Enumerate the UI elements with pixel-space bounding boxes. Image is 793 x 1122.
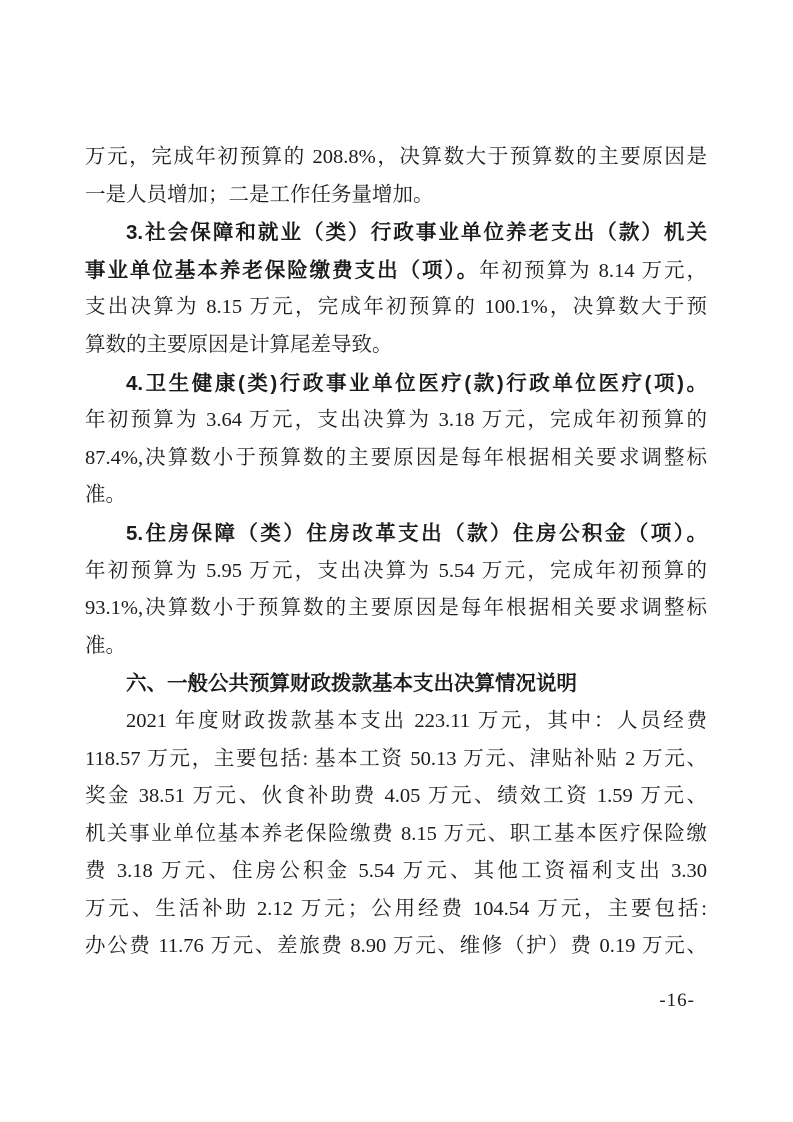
text-line: 年初预算为 5.95 万元，支出决算为 5.54 万元，完成年初预算的 [85, 553, 707, 591]
text-segment: 机关事业单位基本养老保险缴费 8.15 万元、职工基本医疗保险缴 [85, 823, 707, 845]
bold-text-segment: 3.社会保障和就业（类）行政事业单位养老支出（款）机关 [126, 221, 707, 244]
text-segment: 一是人员增加；二是工作任务量增加。 [85, 184, 434, 206]
text-segment: 年初预算为 3.64 万元，支出决算为 3.18 万元，完成年初预算的 [85, 409, 707, 431]
text-line: 办公费 11.76 万元、差旅费 8.90 万元、维修（护）费 0.19 万元、 [85, 928, 707, 966]
text-segment: 万元、生活补助 2.12 万元；公用经费 104.54 万元，主要包括: [85, 898, 707, 920]
text-segment: 2021 年度财政拨款基本支出 223.11 万元，其中：人员经费 [126, 710, 707, 732]
document-page: 万元，完成年初预算的 208.8%，决算数大于预算数的主要原因是 一是人员增加；… [0, 0, 793, 1122]
bold-text-segment: 六、一般公共预算财政拨款基本支出决算情况说明 [126, 672, 577, 695]
text-line: 万元，完成年初预算的 208.8%，决算数大于预算数的主要原因是 [85, 139, 707, 177]
text-line: 费 3.18 万元、住房公积金 5.54 万元、其他工资福利支出 3.30 [85, 853, 707, 891]
section-six-heading: 六、一般公共预算财政拨款基本支出决算情况说明 [85, 665, 707, 703]
bold-text-segment: 5.住房保障（类）住房改革支出（款）住房公积金（项）。 [126, 522, 707, 545]
text-line: 准。 [85, 477, 707, 515]
text-segment: 年初预算为 5.95 万元，支出决算为 5.54 万元，完成年初预算的 [85, 560, 707, 582]
text-line: 事业单位基本养老保险缴费支出（项）。年初预算为 8.14 万元， [85, 252, 707, 290]
text-line: 年初预算为 3.64 万元，支出决算为 3.18 万元，完成年初预算的 [85, 402, 707, 440]
text-segment: 办公费 11.76 万元、差旅费 8.90 万元、维修（护）费 0.19 万元、 [85, 935, 707, 957]
text-segment: 准。 [85, 484, 126, 506]
text-line: 93.1%,决算数小于预算数的主要原因是每年根据相关要求调整标 [85, 590, 707, 628]
text-line: 118.57 万元，主要包括: 基本工资 50.13 万元、津贴补贴 2 万元、 [85, 741, 707, 779]
text-segment: 万元，完成年初预算的 208.8%，决算数大于预算数的主要原因是 [85, 146, 707, 168]
section-item-4-heading-line: 4.卫生健康(类)行政事业单位医疗(款)行政单位医疗(项)。 [85, 365, 707, 403]
bold-text-segment: 事业单位基本养老保险缴费支出（项）。 [85, 259, 479, 282]
bold-text-segment: 4.卫生健康(类)行政事业单位医疗(款)行政单位医疗(项)。 [126, 372, 707, 395]
text-segment: 费 3.18 万元、住房公积金 5.54 万元、其他工资福利支出 3.30 [85, 860, 707, 882]
text-segment: 87.4%,决算数小于预算数的主要原因是每年根据相关要求调整标 [85, 447, 707, 469]
text-segment: 算数的主要原因是计算尾差导致。 [85, 334, 393, 356]
document-body: 万元，完成年初预算的 208.8%，决算数大于预算数的主要原因是 一是人员增加；… [85, 139, 707, 966]
text-line: 算数的主要原因是计算尾差导致。 [85, 327, 707, 365]
text-line: 2021 年度财政拨款基本支出 223.11 万元，其中：人员经费 [85, 703, 707, 741]
text-segment: 118.57 万元，主要包括: 基本工资 50.13 万元、津贴补贴 2 万元、 [85, 748, 707, 770]
text-segment: 奖金 38.51 万元、伙食补助费 4.05 万元、绩效工资 1.59 万元、 [85, 785, 707, 807]
text-segment: 93.1%,决算数小于预算数的主要原因是每年根据相关要求调整标 [85, 597, 707, 619]
section-item-5-heading-line: 5.住房保障（类）住房改革支出（款）住房公积金（项）。 [85, 515, 707, 553]
section-item-3-heading-line: 3.社会保障和就业（类）行政事业单位养老支出（款）机关 [85, 214, 707, 252]
text-line: 准。 [85, 628, 707, 666]
text-line: 奖金 38.51 万元、伙食补助费 4.05 万元、绩效工资 1.59 万元、 [85, 778, 707, 816]
text-line: 机关事业单位基本养老保险缴费 8.15 万元、职工基本医疗保险缴 [85, 816, 707, 854]
text-segment: 支出决算为 8.15 万元，完成年初预算的 100.1%，决算数大于预 [85, 296, 707, 318]
text-line: 支出决算为 8.15 万元，完成年初预算的 100.1%，决算数大于预 [85, 289, 707, 327]
text-segment: 准。 [85, 635, 126, 657]
text-line: 87.4%,决算数小于预算数的主要原因是每年根据相关要求调整标 [85, 440, 707, 478]
text-line: 一是人员增加；二是工作任务量增加。 [85, 177, 707, 215]
text-line: 万元、生活补助 2.12 万元；公用经费 104.54 万元，主要包括: [85, 891, 707, 929]
text-segment: 年初预算为 8.14 万元， [479, 260, 707, 282]
page-number: -16- [659, 990, 695, 1012]
